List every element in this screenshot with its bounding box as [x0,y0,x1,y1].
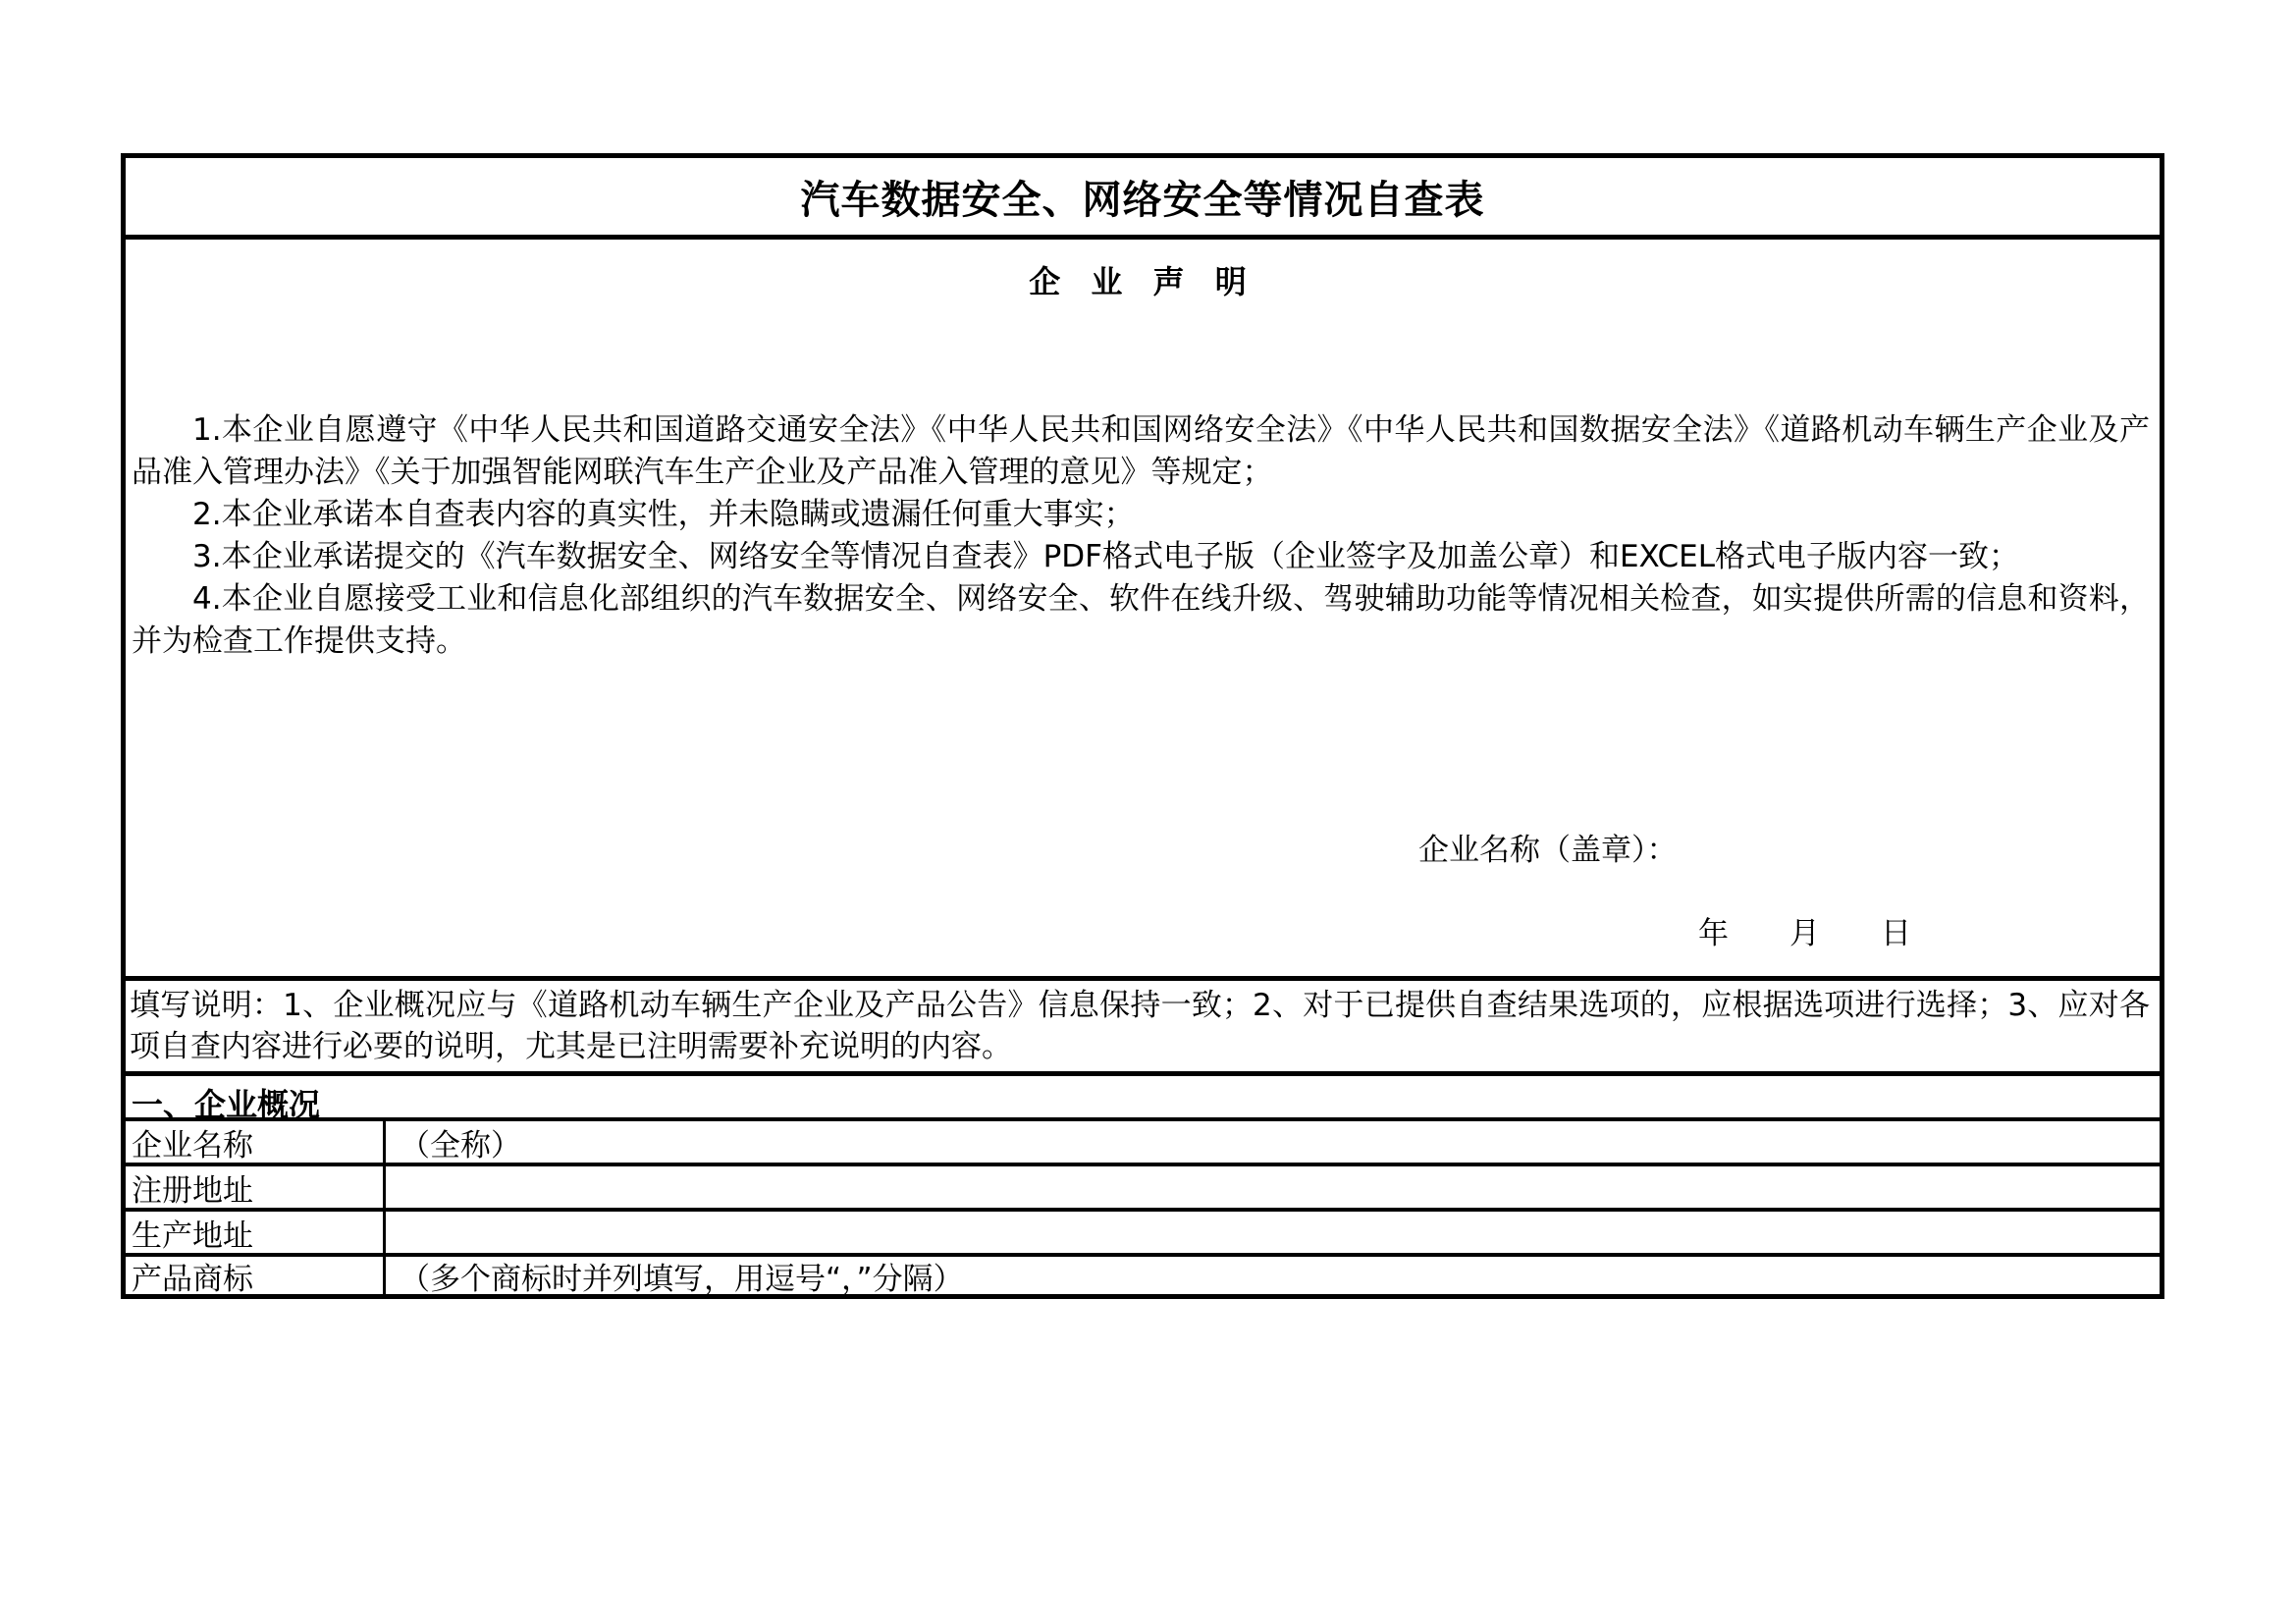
declaration-paragraph-1: 1.本企业自愿遵守《中华人民共和国道路交通安全法》《中华人民共和国网络安全法》《… [132,409,2150,494]
fill-instructions: 填写说明：1、企业概况应与《道路机动车辆生产企业及产品公告》信息保持一致；2、对… [126,976,2160,1071]
field-row-company-name: 企业名称 （全称） [126,1117,2160,1163]
field-value-production-address[interactable] [386,1212,2160,1253]
field-label-production-address: 生产地址 [126,1212,386,1253]
declaration-paragraph-4: 4.本企业自愿接受工业和信息化部组织的汽车数据安全、网络安全、软件在线升级、驾驶… [132,578,2150,663]
field-row-production-address: 生产地址 [126,1208,2160,1253]
declaration-heading: 企 业 声 明 [126,257,2160,302]
field-label-product-trademark: 产品商标 [126,1257,386,1294]
field-row-registered-address: 注册地址 [126,1163,2160,1208]
field-label-company-name: 企业名称 [126,1121,386,1163]
document-page: 汽车数据安全、网络安全等情况自查表 企 业 声 明 1.本企业自愿遵守《中华人民… [0,0,2296,1624]
declaration-paragraphs: 1.本企业自愿遵守《中华人民共和国道路交通安全法》《中华人民共和国网络安全法》《… [132,409,2150,663]
declaration-paragraph-3: 3.本企业承诺提交的《汽车数据安全、网络安全等情况自查表》PDF格式电子版（企业… [132,536,2150,578]
declaration-section: 企 业 声 明 1.本企业自愿遵守《中华人民共和国道路交通安全法》《中华人民共和… [126,235,2160,976]
form-title-row: 汽车数据安全、网络安全等情况自查表 [126,158,2160,235]
self-check-form-table: 汽车数据安全、网络安全等情况自查表 企 业 声 明 1.本企业自愿遵守《中华人民… [121,153,2164,1299]
field-value-product-trademark[interactable]: （多个商标时并列填写，用逗号“，”分隔） [386,1257,2160,1294]
section-1-heading: 一、企业概况 [126,1071,2160,1117]
company-seal-label: 企业名称（盖章）： [1418,825,1678,869]
field-label-registered-address: 注册地址 [126,1166,386,1208]
field-row-product-trademark: 产品商标 （多个商标时并列填写，用逗号“，”分隔） [126,1253,2160,1294]
declaration-paragraph-2: 2.本企业承诺本自查表内容的真实性，并未隐瞒或遗漏任何重大事实； [132,494,2150,536]
field-value-registered-address[interactable] [386,1166,2160,1208]
form-title: 汽车数据安全、网络安全等情况自查表 [801,169,1485,225]
date-line: 年 月 日 [1698,908,1911,952]
field-value-company-name[interactable]: （全称） [386,1121,2160,1163]
